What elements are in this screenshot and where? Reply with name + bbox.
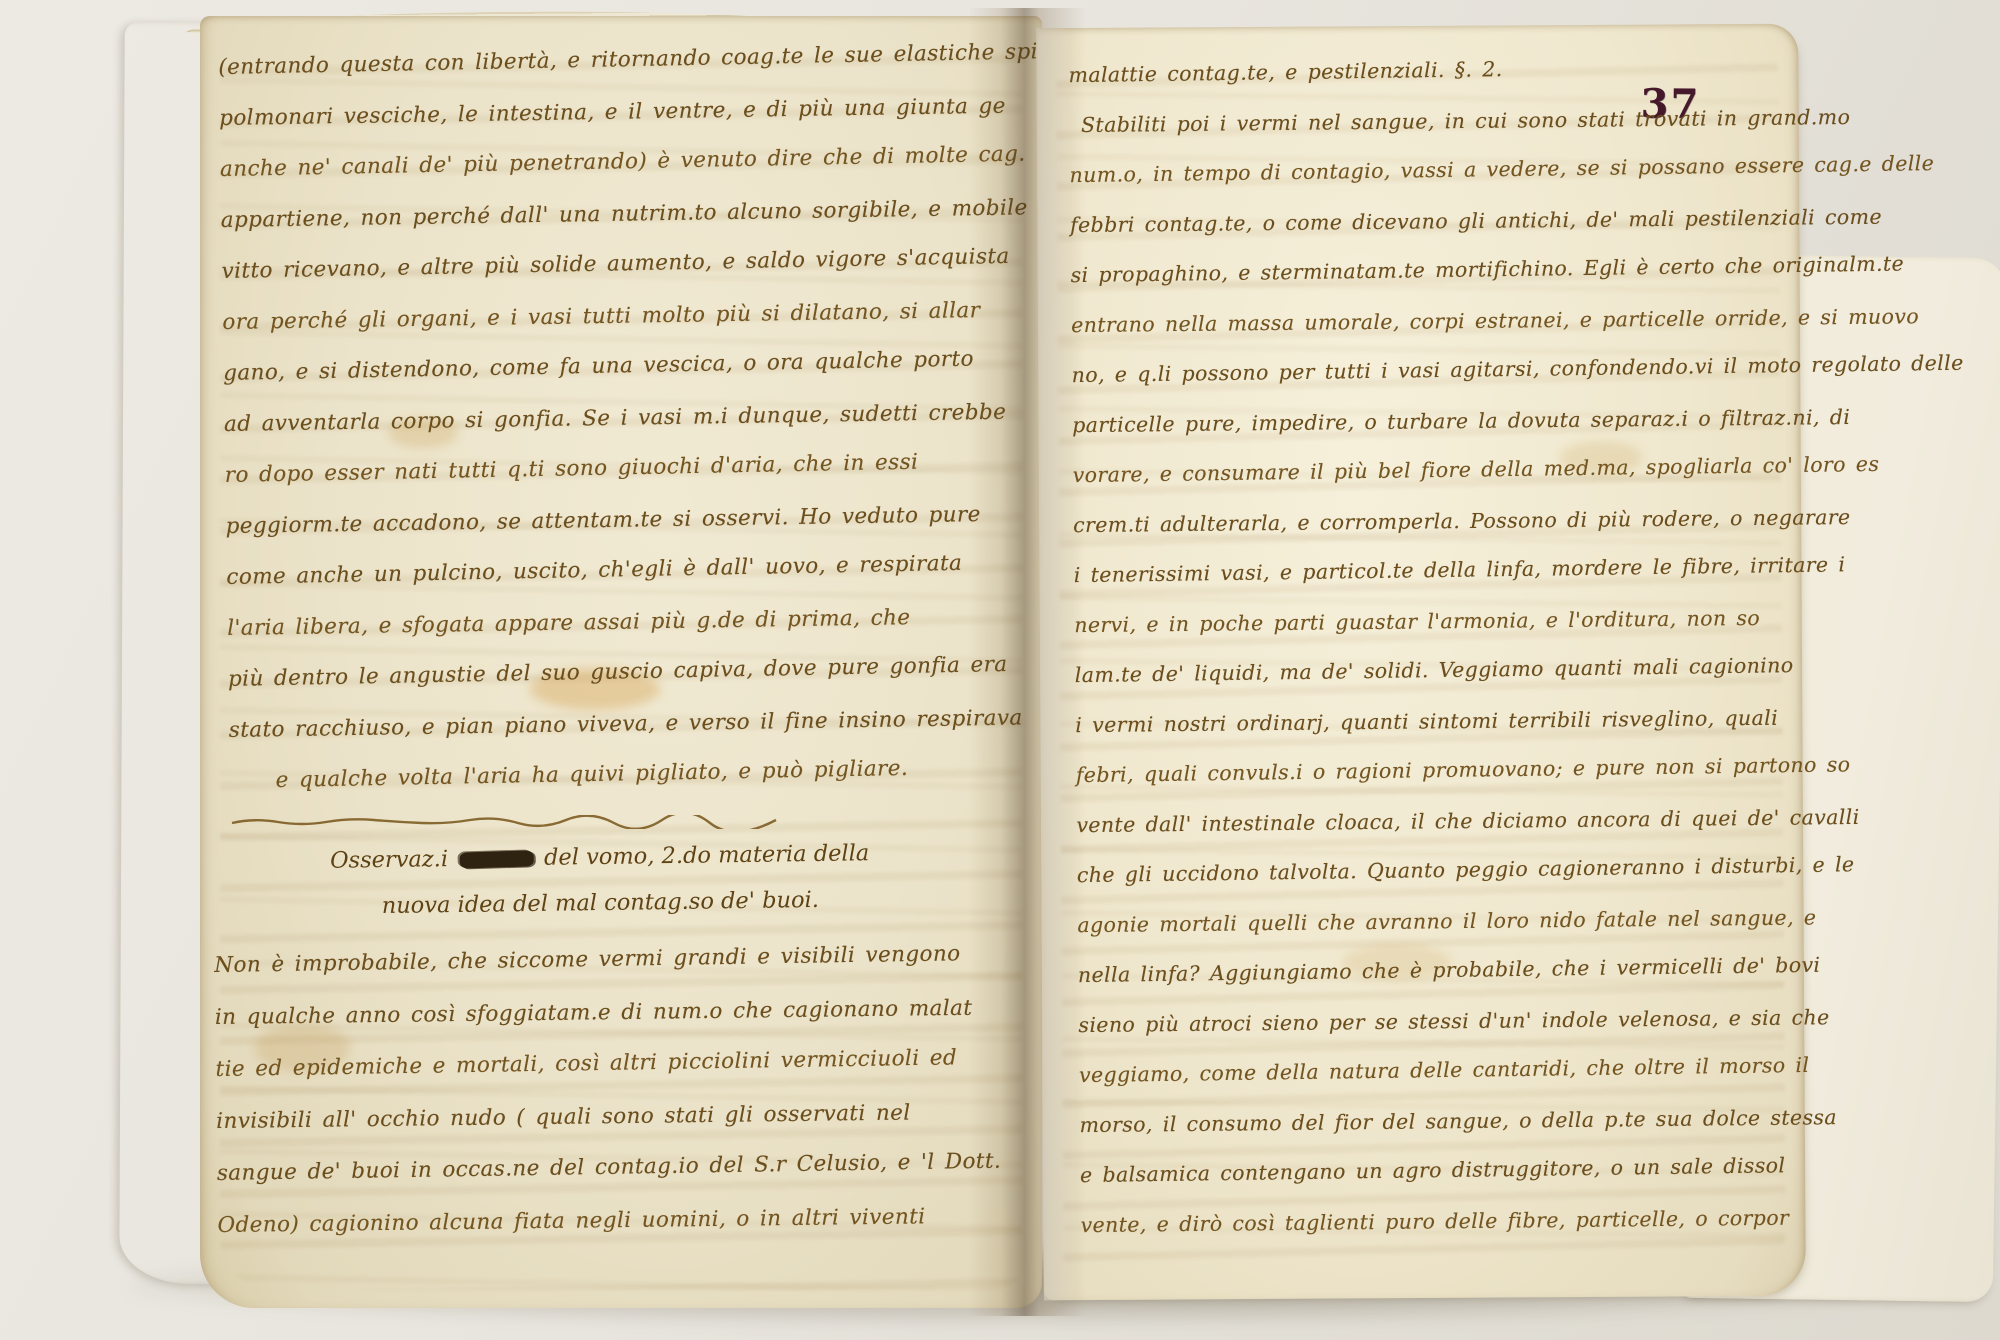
manuscript-line: Odeno) cagionino alcuna fiata negli uomi… <box>217 1190 1024 1252</box>
manuscript-line: no, e q.li possono per tutti i vasi agit… <box>1071 340 1784 400</box>
section-divider <box>230 814 778 828</box>
right-page-text: malattie contag.te, e pestilenziali. §. … <box>1068 43 1793 1250</box>
manuscript-line: Non è improbabile, che siccome vermi gra… <box>214 927 1021 992</box>
manuscript-line: vente, e dirò così taglienti puro delle … <box>1080 1193 1792 1250</box>
manuscript-line: febri, quali convuls.i o ragioni promuov… <box>1075 740 1788 800</box>
manuscript-line: veggiamo, come della natura delle cantar… <box>1079 1040 1792 1100</box>
left-page: (entrando questa con libertà, e ritornan… <box>200 16 1042 1308</box>
manuscript-line: lam.te de' liquidi, ma de' solidi. Veggi… <box>1074 640 1787 700</box>
manuscript-line: malattie contag.te, e pestilenziali. §. … <box>1068 40 1781 100</box>
manuscript-line: e balsamica contengano un agro distruggi… <box>1080 1140 1793 1200</box>
section-heading-line2: nuova idea del mal contag.so de' buoi. <box>200 874 1001 931</box>
manuscript-line: i tenerissimi vasi, e particol.te della … <box>1073 540 1786 600</box>
manuscript-line: nella linfa? Aggiungiamo che è probabile… <box>1078 940 1791 1000</box>
section-heading: Osservaz.idel vomo, 2.do materia della n… <box>199 828 1000 931</box>
manuscript-line: num.o, in tempo di contagio, vassi a ved… <box>1069 140 1782 200</box>
manuscript-line: che gli uccidono talvolta. Quanto peggio… <box>1077 840 1790 900</box>
left-page-text-top: (entrando questa con libertà, e ritornan… <box>218 29 1036 807</box>
ink-blot <box>460 850 534 868</box>
right-page: 37 malattie contag.te, e pestilenziali. … <box>1036 24 1806 1301</box>
heading-text-pre: Osservaz.i <box>330 846 448 874</box>
manuscript-line: vorare, e consumare il più bel fiore del… <box>1072 440 1785 500</box>
manuscript-photo: (entrando questa con libertà, e ritornan… <box>0 0 2000 1340</box>
heading-text-post: del vomo, 2.do materia della <box>544 840 870 871</box>
manuscript-line: si propaghino, e sterminatam.te mortific… <box>1070 240 1783 300</box>
left-page-text-bottom: Non è improbabile, che siccome vermi gra… <box>214 930 1024 1252</box>
